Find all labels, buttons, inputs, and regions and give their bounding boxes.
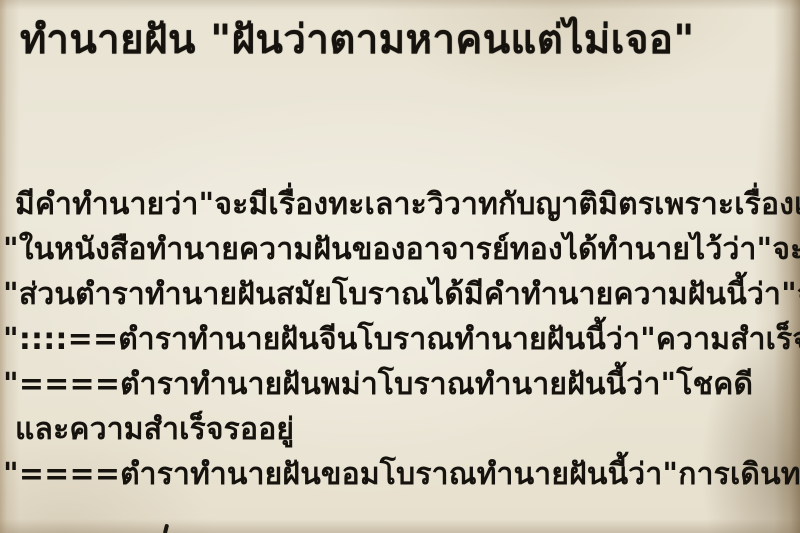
dream-interpretation-page: ทำนายฝัน "ฝันว่าตามหาคนแต่ไม่เจอ" มีคำทำ… [0,0,800,533]
clipped-next-line-mark [163,524,169,533]
body-line: "ในหนังสือทำนายความฝันของอาจารย์ทองได้ทำ… [3,227,800,272]
body-text: มีคำทำนายว่า"จะมีเรื่องทะเลาะวิวาทกับญาต… [3,182,800,497]
body-line: "====ตำราทำนายฝันขอมโบราณทำนายฝันนี้ว่า"… [3,452,800,497]
body-line: "::::==ตำราทำนายฝันจีนโบราณทำนายฝันนี้ว่… [3,317,800,362]
body-line: "====ตำราทำนายฝันพม่าโบราณทำนายฝันนี้ว่า… [3,362,800,407]
body-line: และความสำเร็จรออยู่ [3,407,800,452]
body-line: มีคำทำนายว่า"จะมีเรื่องทะเลาะวิวาทกับญาต… [3,182,800,227]
body-line: "ส่วนตำราทำนายฝันสมัยโบราณได้มีคำทำนายคว… [3,272,800,317]
page-title: ทำนายฝัน "ฝันว่าตามหาคนแต่ไม่เจอ" [20,8,695,72]
